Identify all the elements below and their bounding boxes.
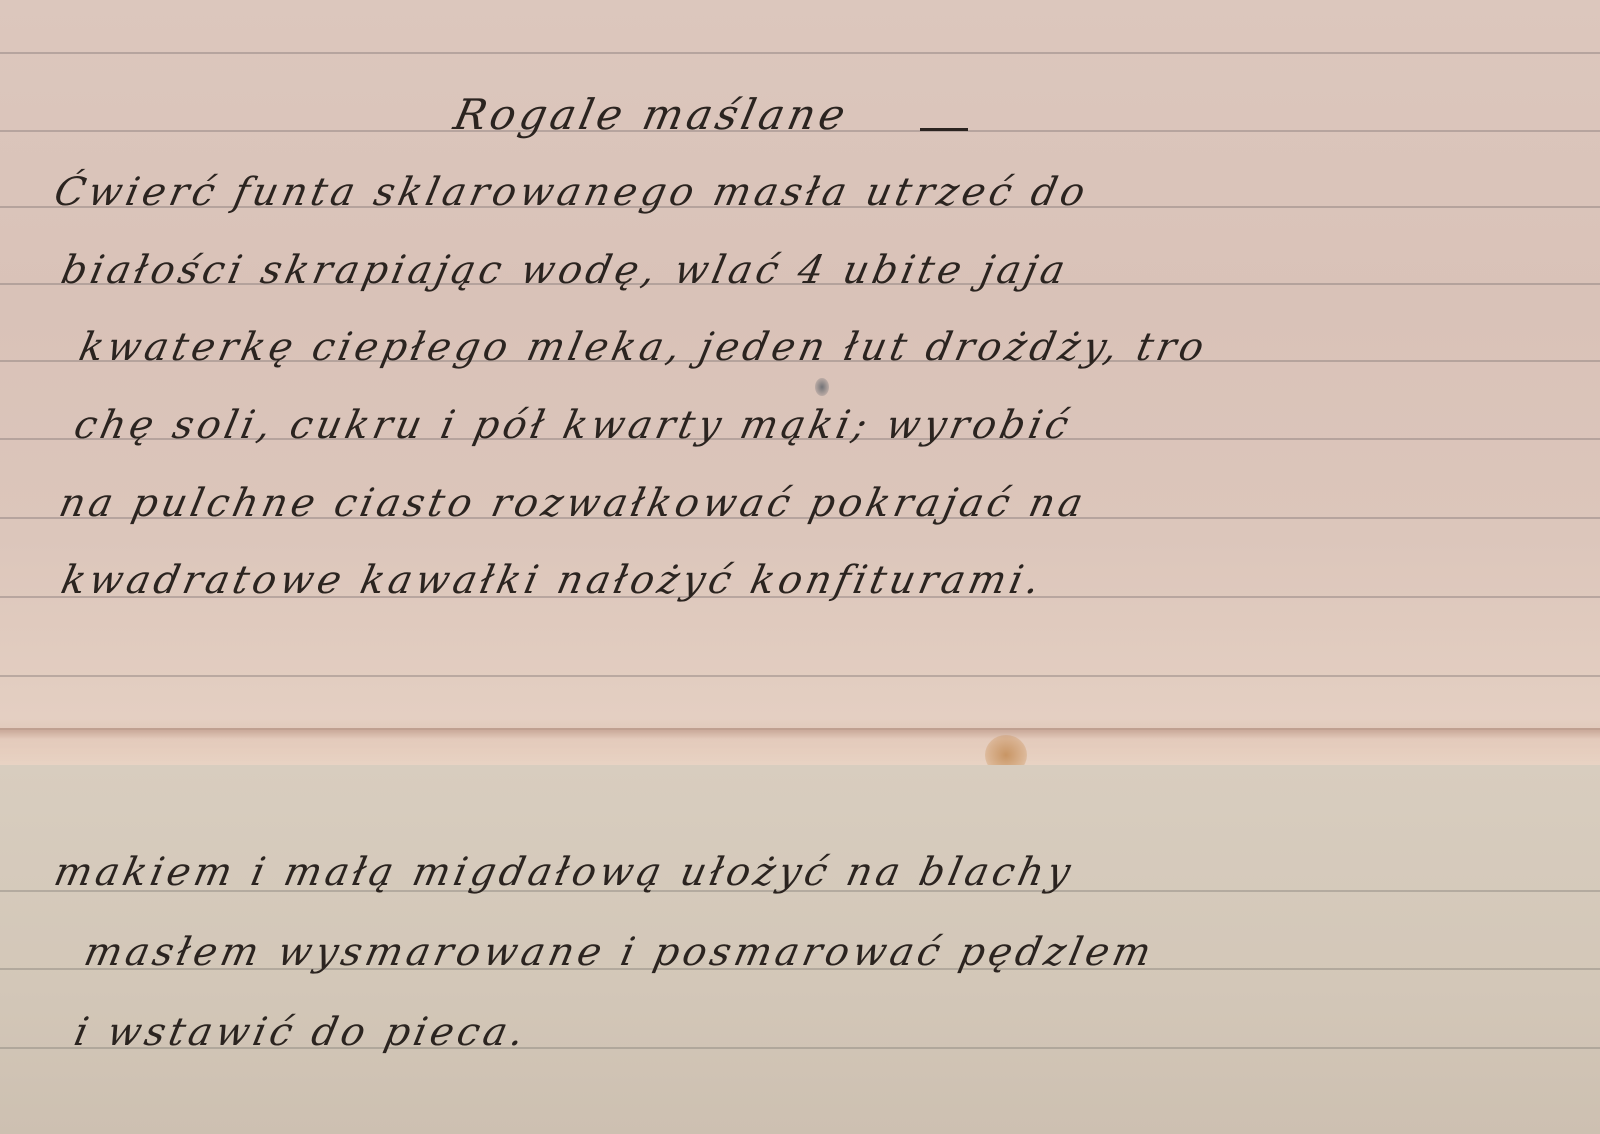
recipe-line-1: Ćwierć funta sklarowanego masła utrzeć d… xyxy=(50,170,1093,215)
title-flourish xyxy=(920,128,968,131)
recipe-line-2: białości skrapiając wodę, wlać 4 ubite j… xyxy=(57,248,1073,293)
recipe-line-7: makiem i małą migdałową ułożyć na blachy xyxy=(50,850,1078,895)
ink-blot xyxy=(815,378,829,396)
page-fold xyxy=(0,728,1600,765)
recipe-line-3: kwaterkę ciepłego mleka, jeden łut drożd… xyxy=(75,325,1212,370)
recipe-title: Rogale maślane xyxy=(450,90,854,139)
recipe-line-8: masłem wysmarowane i posmarować pędzlem xyxy=(80,930,1159,975)
ruled-line xyxy=(0,675,1600,677)
ruled-line xyxy=(0,52,1600,54)
recipe-line-4: chę soli, cukru i pół kwarty mąki; wyrob… xyxy=(70,403,1076,448)
bottom-notebook-page: makiem i małą migdałową ułożyć na blachy… xyxy=(0,765,1600,1134)
recipe-line-9: i wstawić do pieca. xyxy=(70,1010,532,1055)
recipe-line-6: kwadratowe kawałki nałożyć konfiturami. xyxy=(57,558,1047,603)
recipe-line-5: na pulchne ciasto rozwałkować pokrajać n… xyxy=(55,481,1090,526)
top-notebook-page: Rogale maślane Ćwierć funta sklarowanego… xyxy=(0,0,1600,765)
